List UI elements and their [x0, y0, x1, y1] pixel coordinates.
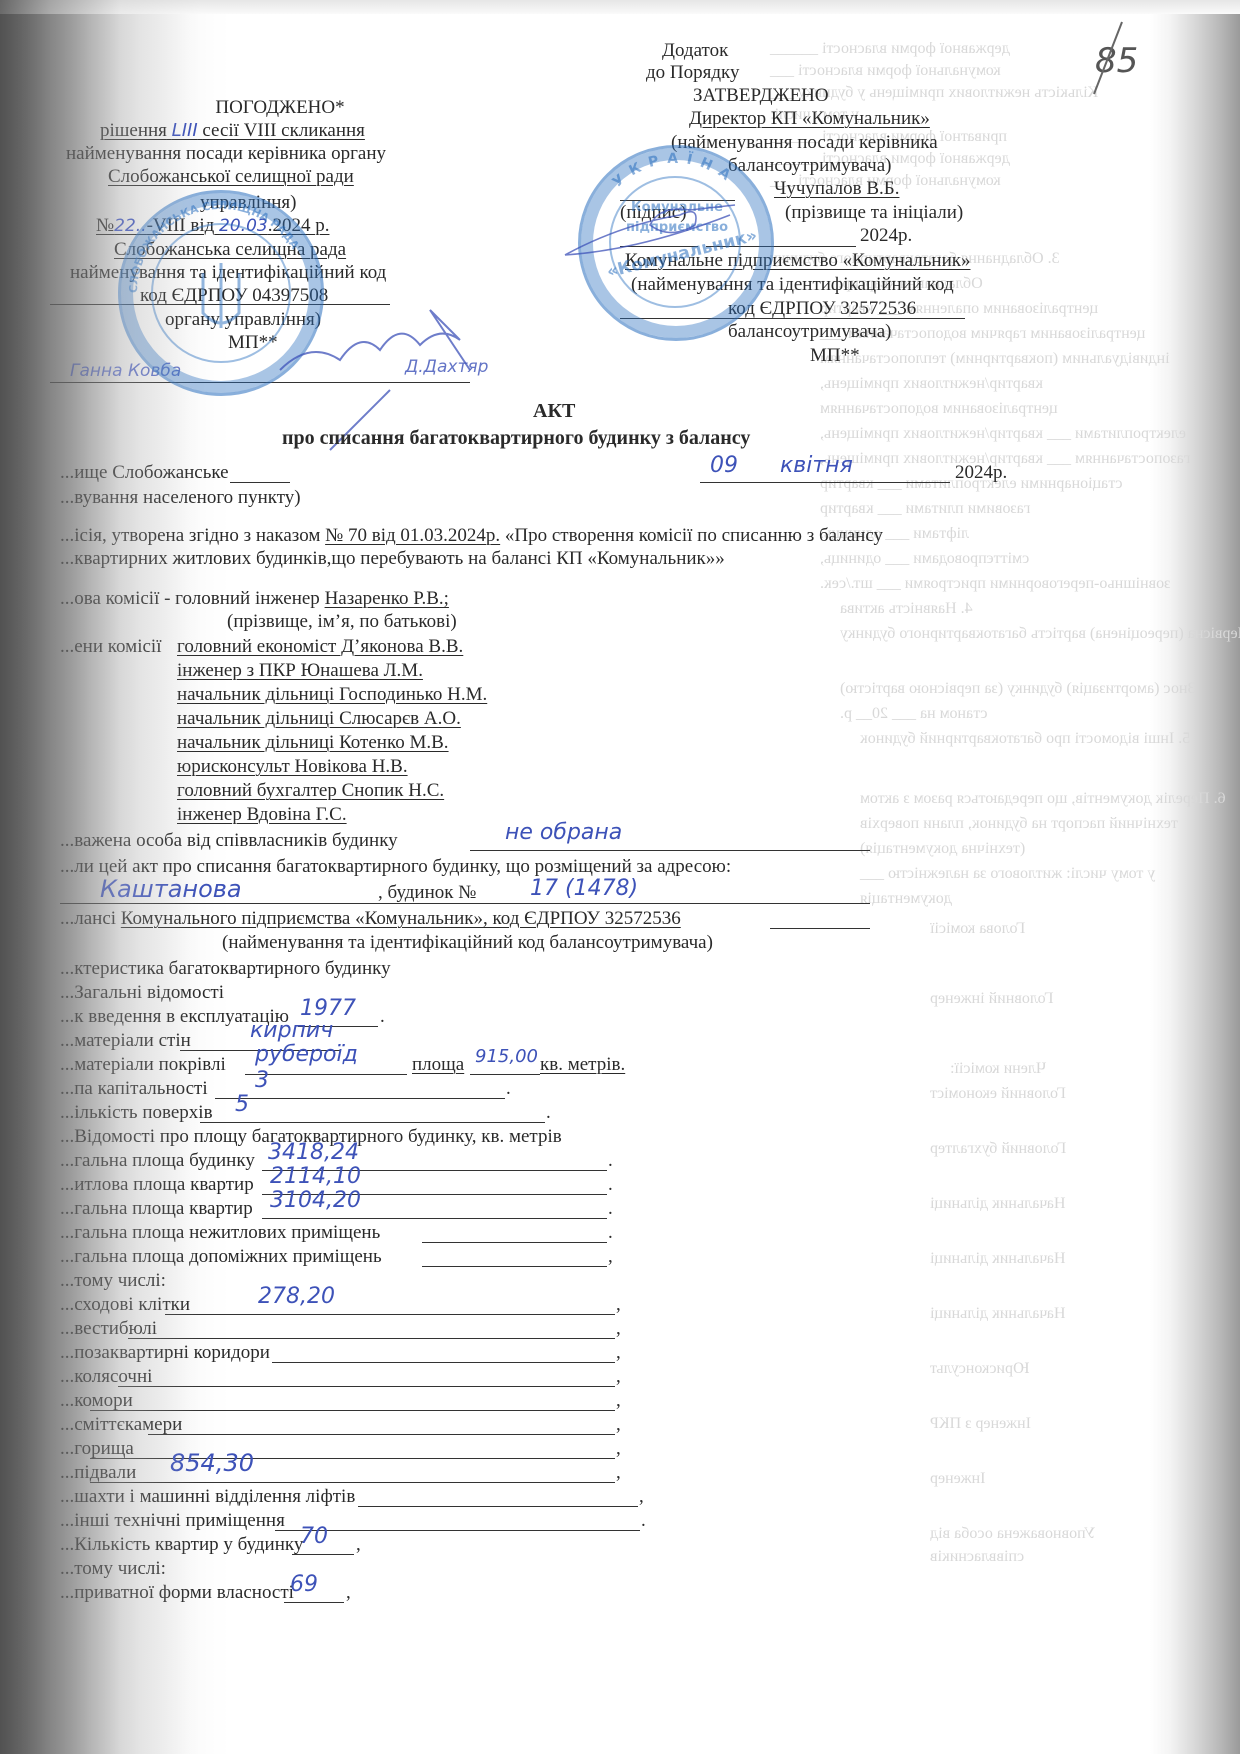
- act-subtitle: про списання багатоквартирного будинку з…: [282, 427, 750, 449]
- balance-holder: ...лансі Комунального підприємства «Кому…: [60, 908, 681, 930]
- roof-material-label: ...матеріали покрівлі: [60, 1054, 226, 1076]
- field-line: [215, 1098, 505, 1099]
- characteristics-title: ...ктеристика багатоквартирного будинку: [60, 958, 391, 980]
- order-reference: № 70 від 01.03.2024р.: [325, 525, 500, 546]
- commission-member: начальник дільниці Котенко М.В.: [177, 732, 477, 754]
- apartments-area-label: ...гальна площа квартир: [60, 1198, 253, 1220]
- commissioning-year-value: 1977: [300, 998, 356, 1020]
- garbage-rooms-label: ...сміттєкамери: [60, 1414, 182, 1436]
- owner-rep-handwritten: не обрана: [505, 822, 622, 844]
- svg-text:СЛОБОЖАНСЬКА СЕЛИЩНА РАДА: СЛОБОЖАНСЬКА СЕЛИЩНА РАДА: [127, 199, 302, 293]
- commission-member: інженер з ПКР Юнашева Л.М.: [177, 660, 477, 682]
- auxiliary-area-label: ...гальна площа допоміжних приміщень: [60, 1246, 382, 1268]
- approved-name-caption: (прізвище та ініціали): [785, 202, 963, 224]
- approved-date-year: 2024р.: [860, 225, 912, 247]
- owner-rep-line: [470, 850, 870, 851]
- punct: ,: [616, 1438, 621, 1460]
- punct: ,: [608, 1246, 613, 1268]
- punct: .: [380, 1006, 385, 1028]
- owner-rep-label: ...важена особа від співвласників будинк…: [60, 830, 398, 852]
- settlement-name: ...ище Слобожанське: [60, 462, 229, 484]
- agreed-position-caption: найменування посади керівника органу: [66, 143, 386, 165]
- punct: ,: [616, 1294, 621, 1316]
- punct: ,: [616, 1366, 621, 1388]
- roof-area-label: площа: [412, 1054, 464, 1076]
- approved-signature-scribble: [560, 195, 740, 275]
- commission-member: головний економіст Д’яконова В.В.: [177, 636, 477, 658]
- balance-holder-line: [770, 928, 870, 929]
- field-line: [272, 1362, 615, 1363]
- commission-member: інженер Вдовіна Г.С.: [177, 804, 477, 826]
- wall-material-label: ...матеріали стін: [60, 1030, 191, 1052]
- commission-member: начальник дільниці Господинько Н.М.: [177, 684, 477, 706]
- punct: ,: [616, 1462, 621, 1484]
- members-label: ...ени комісії: [60, 636, 161, 658]
- settlement-line: [230, 482, 290, 483]
- scan-top-edge: [0, 0, 1240, 14]
- agreed-council: Слобожанської селищної ради: [108, 166, 354, 188]
- approved-seal: МП**: [810, 345, 860, 367]
- commission-chair: ...ова комісії - головний інженер Назаре…: [60, 588, 449, 610]
- commission-member: головний бухгалтер Снопик Н.С.: [177, 780, 477, 802]
- floors-value: 5: [235, 1094, 249, 1116]
- nonresidential-area-label: ...гальна площа нежитлових приміщень: [60, 1222, 380, 1244]
- balance-holder-caption: (найменування та ідентифікаційний код ба…: [222, 932, 713, 954]
- to-order-label: до Порядку: [646, 62, 740, 84]
- act-date-year: 2024р.: [955, 462, 1007, 484]
- agreed-decision: рішення LIII сесії VIII скликання: [100, 120, 365, 142]
- page-number-slash: [1088, 18, 1128, 98]
- basements-label: ...підвали: [60, 1462, 136, 1484]
- punct: .: [608, 1150, 613, 1172]
- storerooms-label: ...комори: [60, 1390, 133, 1412]
- address-line: [60, 903, 870, 904]
- field-line: [245, 1074, 407, 1075]
- field-line: [165, 1314, 615, 1315]
- commission-intro: ...ісія, утворена згідно з наказом № 70 …: [60, 525, 883, 547]
- punct: ,: [356, 1534, 361, 1556]
- stroller-rooms-label: ...колясочні: [60, 1366, 152, 1388]
- roof-area-value: 915,00: [475, 1046, 538, 1068]
- apartments-count-label: ...Кількість квартир у будинку: [60, 1534, 303, 1556]
- act-date-day-handwritten: 09: [710, 455, 738, 477]
- punct: .: [608, 1222, 613, 1244]
- chair-caption: (прізвище, ім’я, по батькові): [227, 611, 457, 633]
- apartments-count-value: 70: [300, 1526, 328, 1548]
- roof-material-value: рубероїд: [255, 1044, 358, 1066]
- including-label: ...тому числі:: [60, 1270, 166, 1292]
- punct: .: [546, 1102, 551, 1124]
- field-line: [292, 1554, 354, 1555]
- field-line: [90, 1482, 615, 1483]
- house-number-handwritten: 17 (1478): [530, 878, 638, 900]
- punct: .: [506, 1078, 511, 1100]
- field-line: [422, 1242, 607, 1243]
- punct: ,: [616, 1342, 621, 1364]
- punct: ,: [616, 1414, 621, 1436]
- field-line: [148, 1434, 615, 1435]
- staircases-value: 278,20: [258, 1286, 335, 1308]
- punct: ,: [616, 1318, 621, 1340]
- elevator-shafts-label: ...шахти і машинні відділення ліфтів: [60, 1486, 355, 1508]
- approved-title: ЗАТВЕРДЖЕНО: [693, 85, 829, 107]
- settlement-caption: ...вування населеного пункту): [60, 487, 301, 509]
- act-title: АКТ: [533, 400, 575, 422]
- attics-label: ...горища: [60, 1438, 134, 1460]
- session-number-handwritten: LIII: [172, 120, 198, 141]
- chair-name: Назаренко Р.В.;: [325, 588, 449, 609]
- field-line: [284, 1602, 344, 1603]
- total-building-area-value: 3418,24: [268, 1142, 359, 1164]
- punct: .: [608, 1198, 613, 1220]
- field-line: [90, 1410, 615, 1411]
- including2-label: ...тому числі:: [60, 1558, 166, 1580]
- punct: .: [641, 1510, 646, 1532]
- corridors-label: ...позаквартирні коридори: [60, 1342, 270, 1364]
- punct: ,: [616, 1390, 621, 1412]
- approved-name: Чучупалов В.Б.: [774, 178, 899, 200]
- scanned-page: державної форми власності ______ комунал…: [0, 0, 1240, 1754]
- total-building-area-label: ...гальна площа будинку: [60, 1150, 255, 1172]
- general-info-title: ...Загальні відомості: [60, 982, 224, 1004]
- field-line: [358, 1506, 638, 1507]
- punct: .: [608, 1174, 613, 1196]
- house-label: , будинок №: [378, 882, 476, 904]
- street-handwritten: Каштанова: [100, 878, 242, 900]
- svg-text:УКРАЇНА: УКРАЇНА: [610, 151, 740, 191]
- punct: ,: [346, 1582, 351, 1604]
- vestibules-label: ...вестибюлі: [60, 1318, 157, 1340]
- capital-group-value: 3: [255, 1070, 269, 1092]
- field-line: [262, 1218, 607, 1219]
- agreed-title: ПОГОДЖЕНО*: [160, 97, 400, 119]
- commission-member: начальник дільниці Слюсарєв А.О.: [177, 708, 477, 730]
- living-area-value: 2114,10: [270, 1166, 361, 1188]
- act-date-month-handwritten: квітня: [780, 455, 853, 477]
- private-ownership-label: ...приватної форми власності: [60, 1582, 294, 1604]
- other-technical-label: ...інші технічні приміщення: [60, 1510, 285, 1532]
- capital-group-label: ...па капітальності: [60, 1078, 208, 1100]
- field-line: [118, 1386, 615, 1387]
- order-title-cont: ...квартирних житлових будинків,що переб…: [60, 548, 725, 570]
- act-date-line: [700, 482, 950, 483]
- field-line: [200, 1122, 545, 1123]
- field-line: [275, 1530, 640, 1531]
- punct: ,: [639, 1486, 644, 1508]
- field-line: [128, 1338, 615, 1339]
- field-line: [90, 1458, 615, 1459]
- roof-area-unit: кв. метрів.: [540, 1054, 625, 1076]
- private-ownership-value: 69: [290, 1574, 318, 1596]
- commission-member: юрисконсульт Новікова Н.В.: [177, 756, 477, 778]
- basements-value: 854,30: [170, 1452, 254, 1474]
- wall-material-value: кирпич: [250, 1020, 333, 1042]
- living-area-label: ...итлова площа квартир: [60, 1174, 254, 1196]
- staircases-label: ...сходові клітки: [60, 1294, 190, 1316]
- field-line: [422, 1266, 607, 1267]
- apartments-area-value: 3104,20: [270, 1190, 361, 1212]
- floors-label: ...ількість поверхів: [60, 1102, 213, 1124]
- approved-position: Директор КП «Комунальник»: [689, 108, 930, 130]
- field-line: [470, 1074, 540, 1075]
- appendix-label: Додаток: [662, 40, 728, 62]
